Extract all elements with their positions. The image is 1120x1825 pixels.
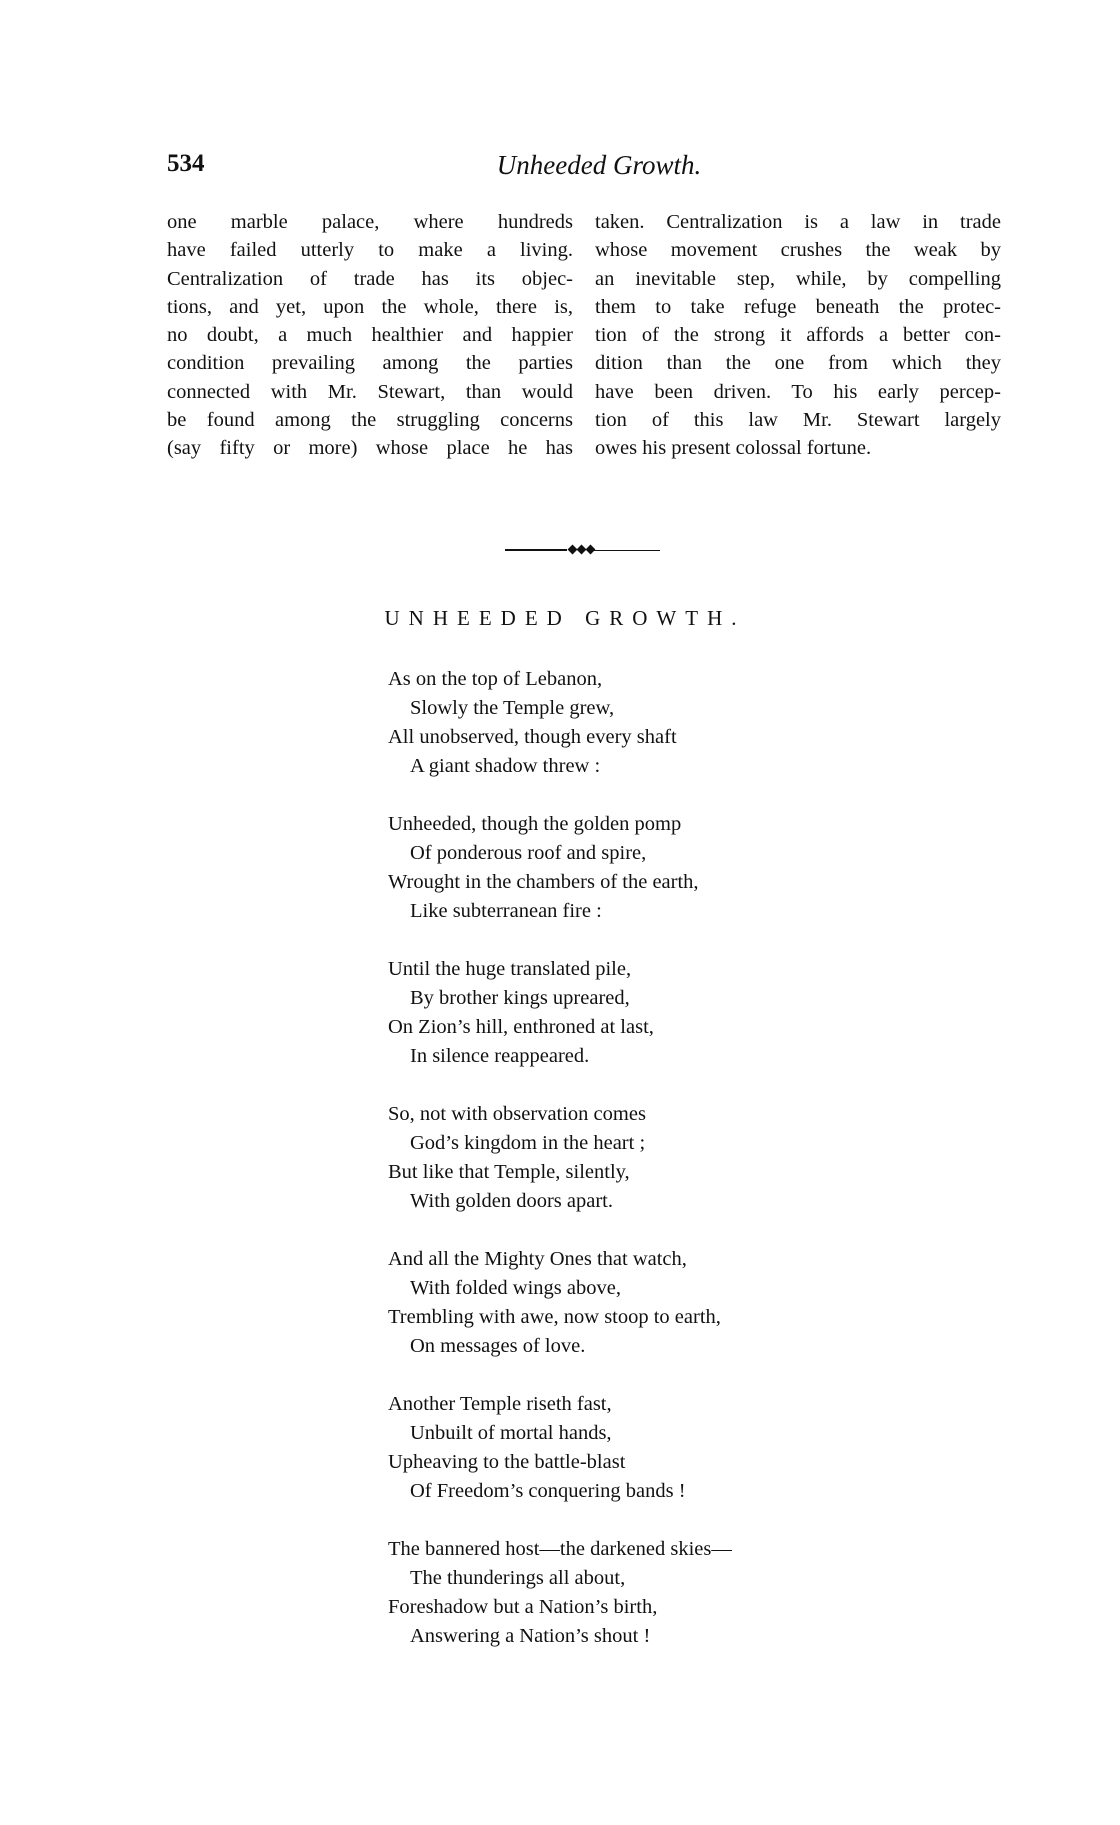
verse-line: A giant shadow threw : xyxy=(388,752,732,781)
verse-line: With golden doors apart. xyxy=(388,1187,732,1216)
running-title: Unheeded Growth. xyxy=(167,150,1001,181)
verse-line: Trembling with awe, now stoop to earth, xyxy=(388,1303,732,1332)
verse-line: The thunderings all about, xyxy=(388,1564,732,1593)
prose-line: condition prevailing among the parties xyxy=(167,349,573,377)
verse-line: Unbuilt of mortal hands, xyxy=(388,1419,732,1448)
verse-line: So, not with observation comes xyxy=(388,1100,732,1129)
verse-line: On messages of love. xyxy=(388,1332,732,1361)
stanza: So, not with observation comes God’s kin… xyxy=(388,1100,732,1216)
verse-line: Like subterranean fire : xyxy=(388,897,732,926)
prose-left-column: one marble palace, where hundreds have f… xyxy=(167,208,573,463)
verse-line: In silence reappeared. xyxy=(388,1042,732,1071)
stanza: And all the Mighty Ones that watch, With… xyxy=(388,1245,732,1361)
prose-line: Centralization of trade has its objec- xyxy=(167,265,573,293)
verse-line: Unheeded, though the golden pomp xyxy=(388,810,732,839)
prose-line: an inevitable step, while, by compelling xyxy=(595,265,1001,293)
verse-line: Upheaving to the battle-blast xyxy=(388,1448,732,1477)
divider-rule xyxy=(594,550,660,551)
poem-title: UNHEEDED GROWTH. xyxy=(0,606,1120,631)
verse-line: On Zion’s hill, enthroned at last, xyxy=(388,1013,732,1042)
verse-line: With folded wings above, xyxy=(388,1274,732,1303)
prose-line: owes his present colossal fortune. xyxy=(595,434,1001,462)
stanza: The bannered host—the darkened skies— Th… xyxy=(388,1535,732,1651)
stanza: Unheeded, though the golden pomp Of pond… xyxy=(388,810,732,926)
verse-line: But like that Temple, silently, xyxy=(388,1158,732,1187)
stanza: As on the top of Lebanon, Slowly the Tem… xyxy=(388,665,732,781)
stanza: Until the huge translated pile, By broth… xyxy=(388,955,732,1071)
prose-line: be found among the struggling concerns xyxy=(167,406,573,434)
poem-body: As on the top of Lebanon, Slowly the Tem… xyxy=(388,665,732,1680)
divider-rule xyxy=(505,549,567,551)
prose-line: have failed utterly to make a living. xyxy=(167,236,573,264)
prose-line: connected with Mr. Stewart, than would xyxy=(167,378,573,406)
verse-line: God’s kingdom in the heart ; xyxy=(388,1129,732,1158)
verse-line: Of Freedom’s conquering bands ! xyxy=(388,1477,732,1506)
verse-line: Of ponderous roof and spire, xyxy=(388,839,732,868)
verse-line: By brother kings upreared, xyxy=(388,984,732,1013)
prose-line: taken. Centralization is a law in trade xyxy=(595,208,1001,236)
verse-line: Until the huge translated pile, xyxy=(388,955,732,984)
verse-line: As on the top of Lebanon, xyxy=(388,665,732,694)
prose-line: tion of the strong it affords a better c… xyxy=(595,321,1001,349)
prose-line: (say fifty or more) whose place he has xyxy=(167,434,573,462)
section-divider-ornament xyxy=(505,545,660,555)
verse-line: Another Temple riseth fast, xyxy=(388,1390,732,1419)
stanza: Another Temple riseth fast, Unbuilt of m… xyxy=(388,1390,732,1506)
verse-line: Slowly the Temple grew, xyxy=(388,694,732,723)
prose-line: tion of this law Mr. Stewart largely xyxy=(595,406,1001,434)
verse-line: Answering a Nation’s shout ! xyxy=(388,1622,732,1651)
prose-line: no doubt, a much healthier and happier xyxy=(167,321,573,349)
verse-line: All unobserved, though every shaft xyxy=(388,723,732,752)
verse-line: And all the Mighty Ones that watch, xyxy=(388,1245,732,1274)
prose-right-column: taken. Centralization is a law in trade … xyxy=(595,208,1001,463)
prose-line: have been driven. To his early percep- xyxy=(595,378,1001,406)
verse-line: Wrought in the chambers of the earth, xyxy=(388,868,732,897)
prose-line: dition than the one from which they xyxy=(595,349,1001,377)
prose-line: them to take refuge beneath the protec- xyxy=(595,293,1001,321)
prose-line: one marble palace, where hundreds xyxy=(167,208,573,236)
verse-line: The bannered host—the darkened skies— xyxy=(388,1535,732,1564)
prose-line: tions, and yet, upon the whole, there is… xyxy=(167,293,573,321)
verse-line: Foreshadow but a Nation’s birth, xyxy=(388,1593,732,1622)
prose-line: whose movement crushes the weak by xyxy=(595,236,1001,264)
page-header: 534 Unheeded Growth. xyxy=(167,150,1001,190)
